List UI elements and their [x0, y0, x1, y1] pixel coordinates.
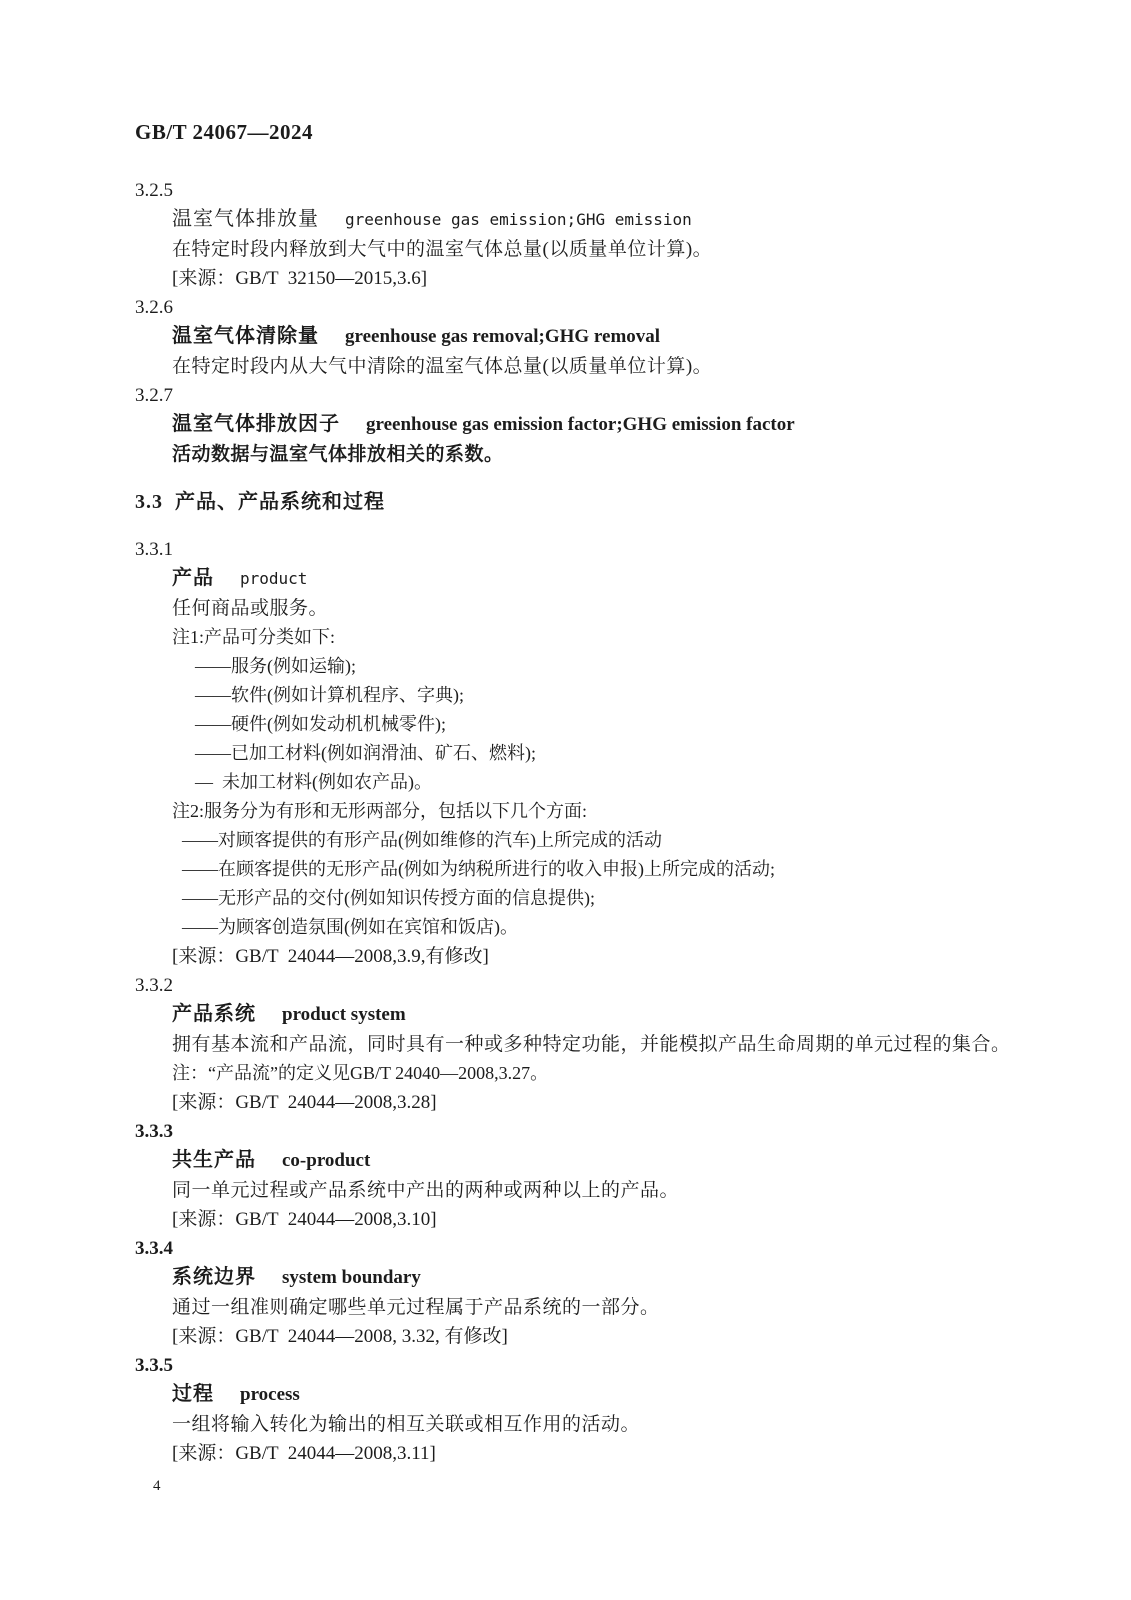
source-reference: [来源：GB/T 24044—2008,3.10] [172, 1205, 1031, 1234]
term-cjk: 温室气体排放量 [172, 208, 319, 230]
term-line: 产品系统product system [172, 1000, 1031, 1030]
term-english: product [240, 569, 307, 588]
term-cjk: 温室气体清除量 [172, 325, 319, 347]
source-reference: [来源：GB/T 24044—2008,3.11] [172, 1439, 1031, 1468]
source-reference: [来源：GB/T 32150—2015,3.6] [172, 264, 1031, 293]
term-english: product system [282, 1004, 406, 1025]
note-text: 注2:服务分为有形和无形两部分，包括以下几个方面: [172, 797, 1031, 826]
definition-text: 一组将输入转化为输出的相互关联或相互作用的活动。 [172, 1410, 1031, 1439]
term-english: greenhouse gas removal;GHG removal [345, 326, 660, 347]
definition-text: 在特定时段内释放到大气中的温室气体总量(以质量单位计算)。 [172, 235, 1031, 264]
clause-number: 3.3.3 [135, 1117, 1031, 1146]
term-line: 温室气体清除量greenhouse gas removal;GHG remova… [172, 322, 1031, 352]
list-item: ——在顾客提供的无形产品(例如为纳税所进行的收入申报)上所完成的活动; [182, 855, 1031, 884]
term-line: 过程process [172, 1380, 1031, 1410]
term-english: greenhouse gas emission;GHG emission [345, 210, 692, 229]
list-item: ——无形产品的交付(例如知识传授方面的信息提供); [182, 884, 1031, 913]
term-line: 温室气体排放因子greenhouse gas emission factor;G… [172, 410, 1031, 440]
content-lines: 3.2.5温室气体排放量greenhouse gas emission;GHG … [135, 176, 1031, 1468]
definition-text: 同一单元过程或产品系统中产出的两种或两种以上的产品。 [172, 1176, 1031, 1205]
term-cjk: 产品系统 [172, 1003, 256, 1025]
clause-number: 3.3.1 [135, 535, 1031, 564]
list-item: — 未加工材料(例如农产品)。 [195, 768, 1031, 797]
clause-number: 3.3.5 [135, 1351, 1031, 1380]
list-item: ——服务(例如运输); [195, 652, 1031, 681]
list-item: ——已加工材料(例如润滑油、矿石、燃料); [195, 739, 1031, 768]
list-item: ——为顾客创造氛围(例如在宾馆和饭店)。 [182, 913, 1031, 942]
document-page: GB/T 24067—2024 3.2.5温室气体排放量greenhouse g… [0, 0, 1131, 1600]
source-reference: [来源：GB/T 24044—2008, 3.32, 有修改] [172, 1322, 1031, 1351]
document-header: GB/T 24067—2024 [135, 118, 1031, 147]
term-line: 共生产品co-product [172, 1146, 1031, 1176]
definition-text: 拥有基本流和产品流，同时具有一种或多种特定功能，并能模拟产品生命周期的单元过程的… [172, 1030, 1031, 1059]
source-reference: [来源：GB/T 24044—2008,3.28] [172, 1088, 1031, 1117]
term-line: 温室气体排放量greenhouse gas emission;GHG emiss… [172, 205, 1031, 235]
term-cjk: 产品 [172, 567, 214, 589]
definition-text: 通过一组准则确定哪些单元过程属于产品系统的一部分。 [172, 1293, 1031, 1322]
term-english: co-product [282, 1150, 370, 1171]
term-cjk: 温室气体排放因子 [172, 413, 340, 435]
clause-number: 3.2.5 [135, 176, 1031, 205]
clause-number: 3.3.4 [135, 1234, 1031, 1263]
term-english: system boundary [282, 1267, 421, 1288]
term-english: greenhouse gas emission factor;GHG emiss… [366, 414, 795, 435]
note-text: 注1:产品可分类如下: [172, 623, 1031, 652]
list-item: ——软件(例如计算机程序、字典); [195, 681, 1031, 710]
note-text: 注：“产品流”的定义见GB/T 24040—2008,3.27。 [172, 1059, 1031, 1088]
source-reference: [来源：GB/T 24044—2008,3.9,有修改] [172, 942, 1031, 971]
clause-number: 3.2.6 [135, 293, 1031, 322]
page-number: 4 [153, 1476, 1031, 1496]
section-heading: 3.3 产品、产品系统和过程 [135, 488, 1031, 517]
definition-text: 活动数据与温室气体排放相关的系数。 [172, 440, 1031, 469]
definition-text: 任何商品或服务。 [172, 594, 1031, 623]
term-english: process [240, 1384, 300, 1405]
term-cjk: 共生产品 [172, 1149, 256, 1171]
list-item: ——对顾客提供的有形产品(例如维修的汽车)上所完成的活动 [182, 826, 1031, 855]
term-cjk: 过程 [172, 1383, 214, 1405]
term-line: 产品product [172, 564, 1031, 594]
list-item: ——硬件(例如发动机机械零件); [195, 710, 1031, 739]
definition-text: 在特定时段内从大气中清除的温室气体总量(以质量单位计算)。 [172, 352, 1031, 381]
term-line: 系统边界system boundary [172, 1263, 1031, 1293]
term-cjk: 系统边界 [172, 1266, 256, 1288]
clause-number: 3.2.7 [135, 381, 1031, 410]
clause-number: 3.3.2 [135, 971, 1031, 1000]
